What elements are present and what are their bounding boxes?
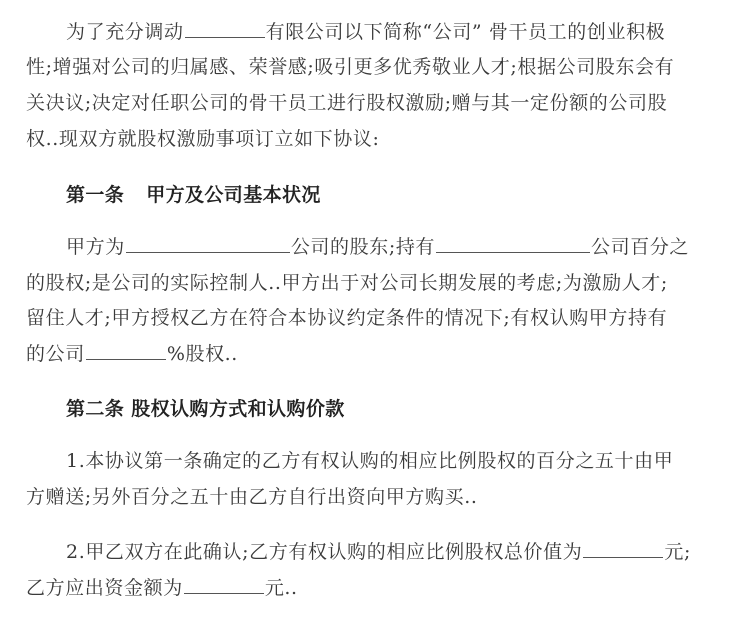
article-2-item-2-line-1: 2.甲乙双方在此确认;乙方有权认购的相应比例股权总价值为元; (66, 537, 691, 567)
article-1-line-4: 的公司%股权.. (26, 339, 238, 369)
intro-text: 有限公司以下简称“公司” 骨干员工的创业积极 (266, 21, 666, 43)
article-text: 元; (664, 541, 691, 563)
article-text: 乙方应出资金额为 (26, 577, 183, 599)
article-1-line-1: 甲方为公司的股东;持有公司百分之 (66, 232, 689, 262)
article-number: 第一条 (66, 184, 124, 206)
article-2-item-1-line-2: 方赠送;另外百分之五十由乙方自行出资向甲方购买.. (26, 482, 477, 512)
party-a-company-blank (126, 232, 290, 253)
article-text: 元.. (265, 577, 298, 599)
intro-line-1: 为了充分调动有限公司以下简称“公司” 骨干员工的创业积极 (66, 17, 665, 47)
article-title: 甲方及公司基本状况 (146, 184, 321, 206)
article-text: 的公司 (26, 343, 85, 365)
intro-text: 为了充分调动 (66, 21, 184, 43)
intro-line-4: 权..现双方就股权激励事项订立如下协议: (26, 124, 379, 154)
article-text: 公司的股东;持有 (291, 236, 435, 258)
company-name-blank (185, 17, 265, 38)
agreement-document: 为了充分调动有限公司以下简称“公司” 骨干员工的创业积极 性;增强对公司的归属感… (0, 0, 751, 624)
article-2-item-2-line-2: 乙方应出资金额为元.. (26, 573, 298, 603)
article-1-heading: 第一条甲方及公司基本状况 (66, 180, 321, 210)
intro-line-3: 关决议;决定对任职公司的骨干员工进行股权激励;赠与其一定份额的公司股 (26, 88, 667, 118)
article-text: 2.甲乙双方在此确认;乙方有权认购的相应比例股权总价值为 (66, 541, 582, 563)
share-percent-blank (86, 339, 166, 360)
article-2-heading: 第二条 股权认购方式和认购价款 (66, 394, 345, 424)
article-1-line-2: 的股权;是公司的实际控制人..甲方出于对公司长期发展的考虑;为激励人才; (26, 268, 668, 298)
intro-line-2: 性;增强对公司的归属感、荣誉感;吸引更多优秀敬业人才;根据公司股东会有 (26, 52, 674, 82)
article-2-item-1-line-1: 1.本协议第一条确定的乙方有权认购的相应比例股权的百分之五十由甲 (66, 446, 673, 476)
contribution-amount-blank (184, 573, 264, 594)
held-company-blank (436, 232, 590, 253)
article-text: 公司百分之 (591, 236, 689, 258)
article-1-line-3: 留住人才;甲方授权乙方在符合本协议约定条件的情况下;有权认购甲方持有 (26, 303, 667, 333)
total-value-blank (583, 537, 663, 558)
article-text: 甲方为 (66, 236, 125, 258)
article-text: %股权.. (167, 343, 238, 365)
